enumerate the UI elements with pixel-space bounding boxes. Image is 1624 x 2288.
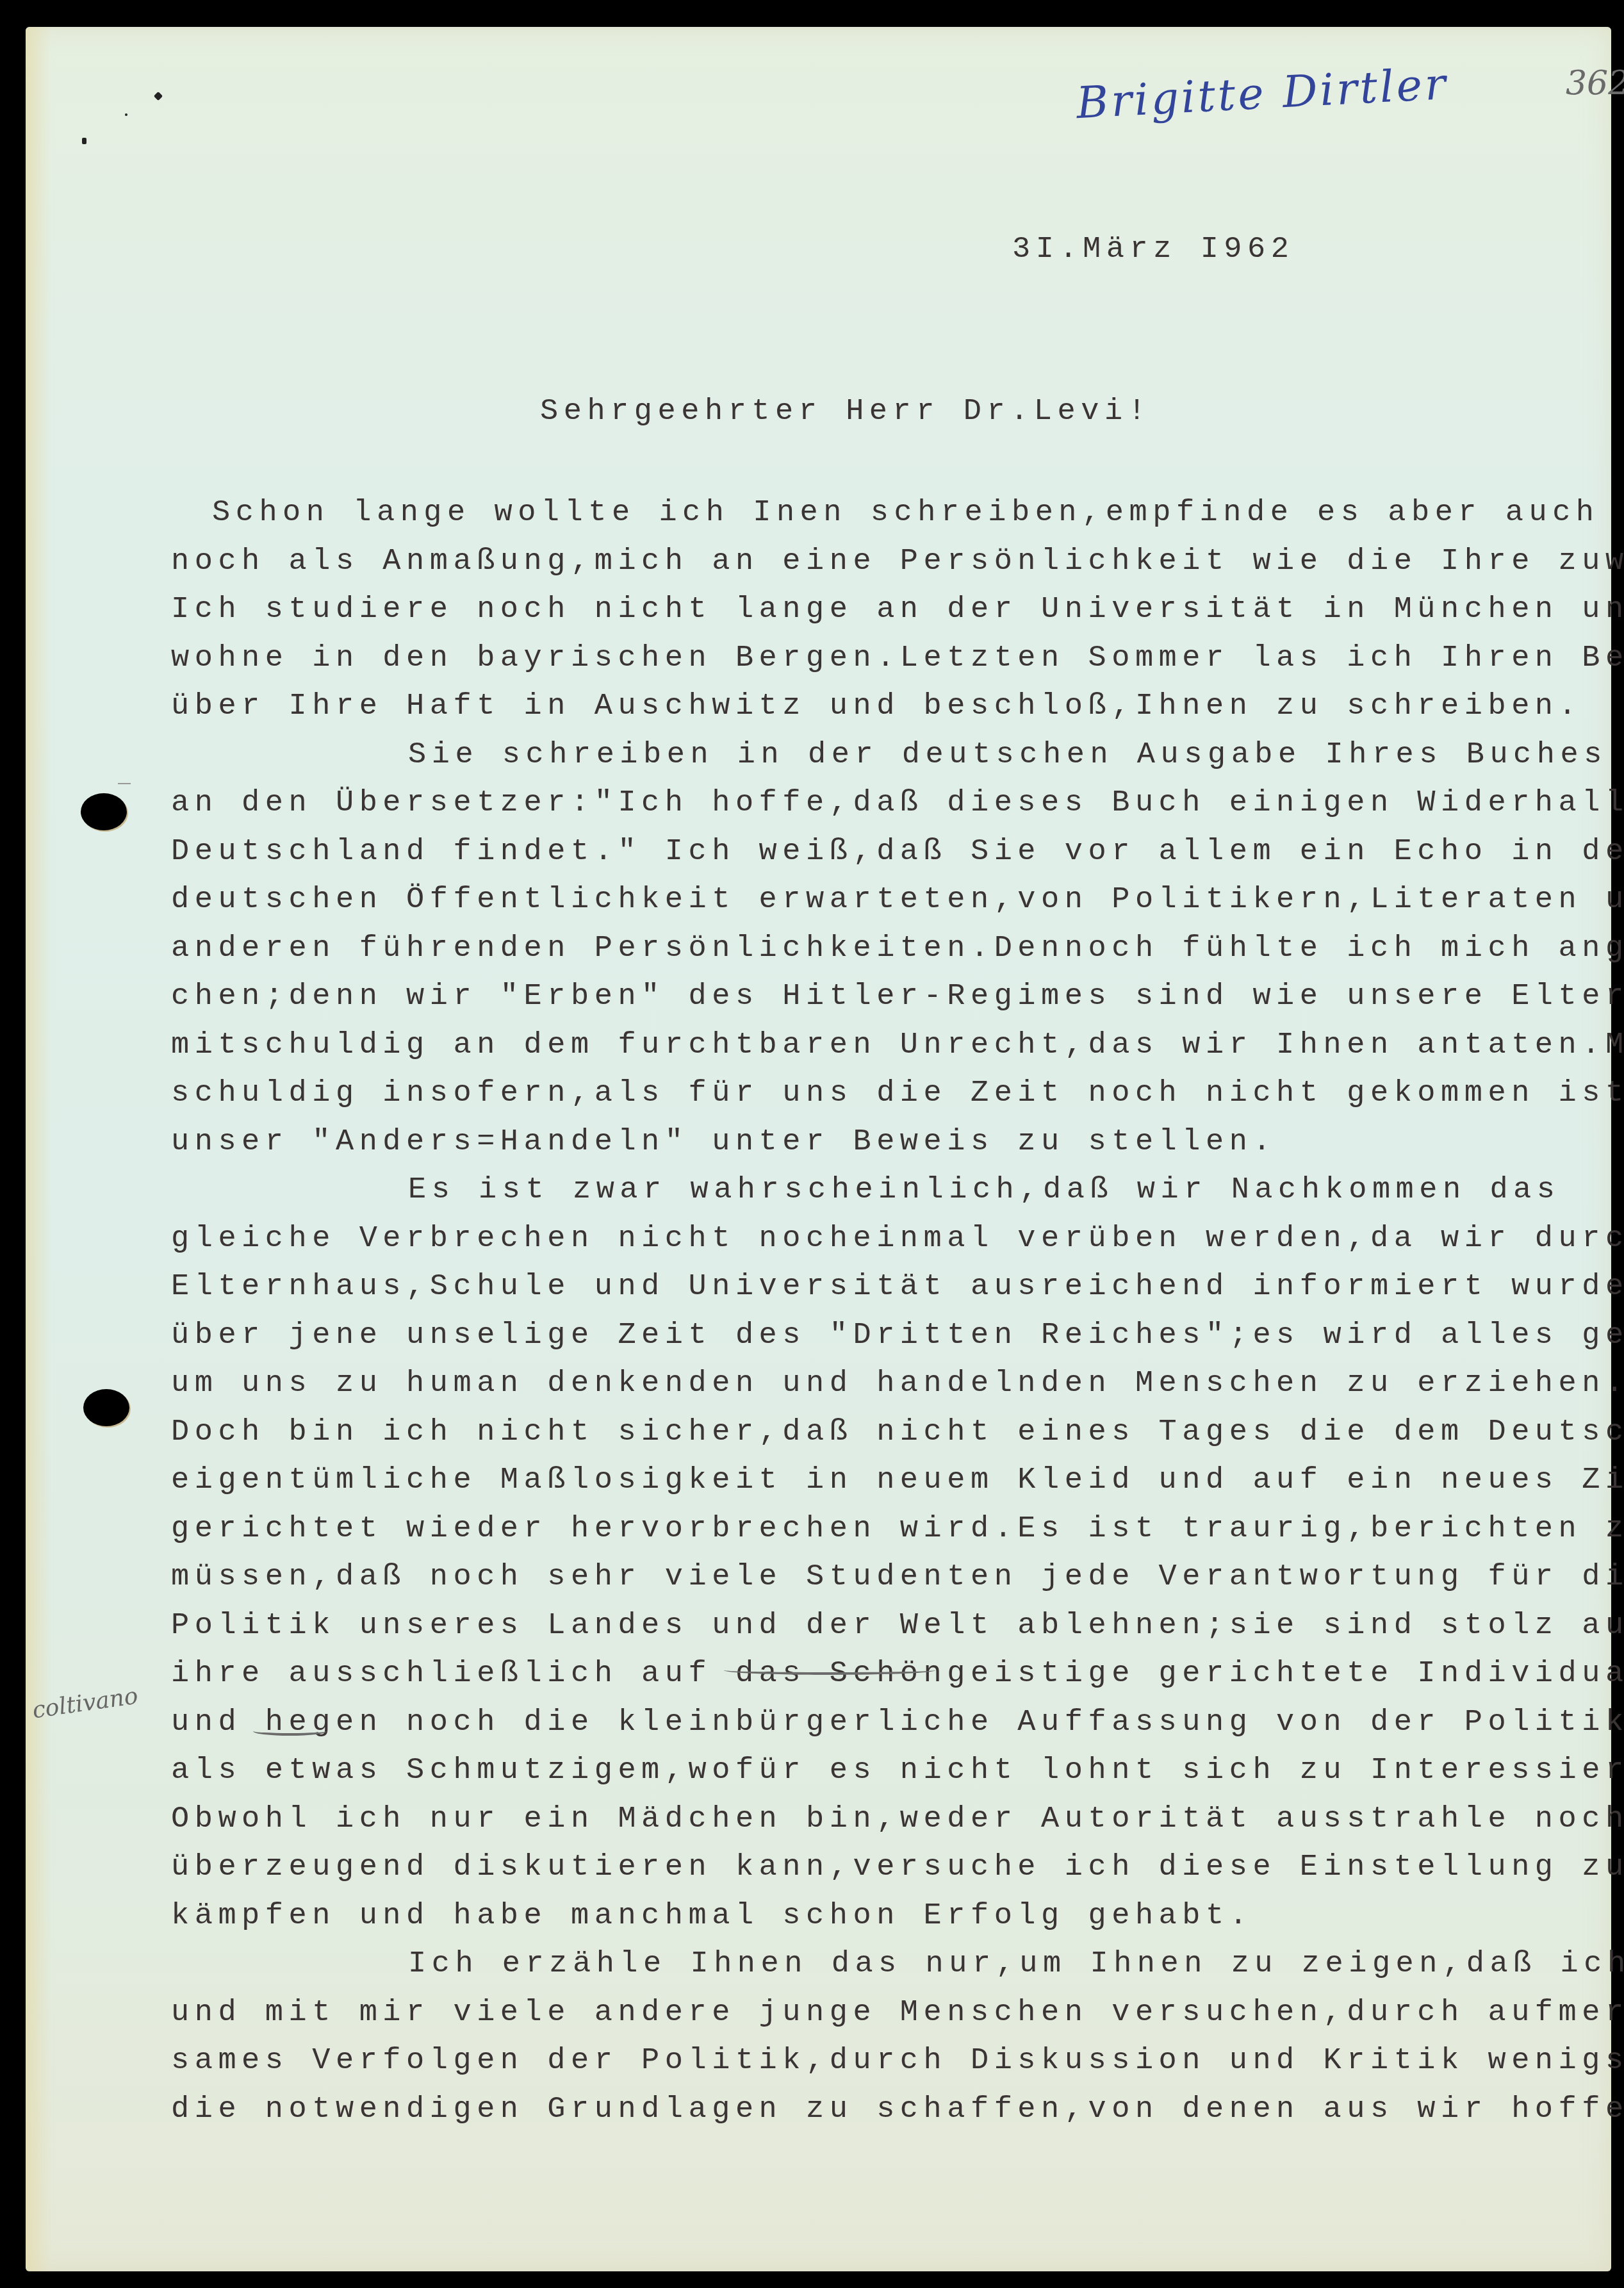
folio-number: 362: [1566, 64, 1624, 103]
letter-line: unser "Anders=Handeln" unter Beweis zu s…: [171, 1118, 1624, 1167]
letter-line: um uns zu human denkenden und handelnden…: [171, 1360, 1624, 1408]
letter-salutation: Sehrgeehrter Herr Dr.Levi!: [540, 388, 1151, 436]
letter-line: noch als Anmaßung,mich an eine Persönlic…: [171, 538, 1624, 586]
letter-line: als etwas Schmutzigem,wofür es nicht loh…: [171, 1747, 1624, 1795]
letter-line: mitschuldig an dem furchtbaren Unrecht,d…: [171, 1021, 1624, 1070]
letter-body: Schon lange wollte ich Inen schreiben,em…: [171, 489, 1624, 2134]
punch-hole: [83, 1389, 129, 1426]
letter-line: deutschen Öffentlichkeit erwarteten,von …: [171, 876, 1624, 925]
letter-line: Es ist zwar wahrscheinlich,daß wir Nachk…: [171, 1166, 1624, 1215]
letter-line: Elternhaus,Schule und Universität ausrei…: [171, 1263, 1624, 1312]
letter-line: Doch bin ich nicht sicher,daß nicht eine…: [171, 1408, 1624, 1457]
letter-line: Deutschland findet." Ich weiß,daß Sie vo…: [171, 828, 1624, 877]
handwritten-signature: Brigitte Dirtler: [1075, 59, 1449, 129]
pencil-underline-schoengeistige: [724, 1666, 935, 1675]
letter-line: eigentümliche Maßlosigkeit in neuem Klei…: [171, 1456, 1624, 1505]
letter-line: über jene unselige Zeit des "Dritten Rei…: [171, 1312, 1624, 1360]
letter-line: über Ihre Haft in Auschwitz und beschloß…: [171, 682, 1624, 731]
letter-date: 3I.März I962: [1012, 226, 1294, 274]
letter-line: und mit mir viele andere junge Menschen …: [171, 1989, 1624, 2037]
margin-tick-mark: [118, 783, 131, 784]
letter-line: und hegen noch die kleinbürgerliche Auff…: [171, 1699, 1624, 1747]
letter-line: kämpfen und habe manchmal schon Erfolg g…: [171, 1892, 1624, 1941]
letter-line: an den Übersetzer:"Ich hoffe,daß dieses …: [171, 779, 1624, 828]
letter-line: gerichtet wieder hervorbrechen wird.Es i…: [171, 1505, 1624, 1554]
letter-line: überzeugend diskutieren kann,versuche ic…: [171, 1843, 1624, 1892]
punch-hole: [81, 793, 127, 830]
letter-line: Obwohl ich nur ein Mädchen bin,weder Aut…: [171, 1795, 1624, 1844]
letter-line: wohne in den bayrischen Bergen.Letzten S…: [171, 634, 1624, 683]
letter-line: schuldig insofern,als für uns die Zeit n…: [171, 1069, 1624, 1118]
letter-line: Ich studiere noch nicht lange an der Uni…: [171, 586, 1624, 634]
paper-speck: [125, 113, 127, 116]
letter-line: chen;denn wir "Erben" des Hitler-Regimes…: [171, 973, 1624, 1021]
letter-line: ihre ausschließlich auf das Schöngeistig…: [171, 1650, 1624, 1699]
letter-line: müssen,daß noch sehr viele Studenten jed…: [171, 1553, 1624, 1602]
letter-line: Ich erzähle Ihnen das nur,um Ihnen zu ze…: [171, 1940, 1624, 1989]
staple-hole-mark: [82, 138, 86, 144]
letter-line: Schon lange wollte ich Inen schreiben,em…: [171, 489, 1624, 538]
pencil-underline-hegen: [253, 1727, 327, 1736]
letter-line: Politik unseres Landes und der Welt able…: [171, 1602, 1624, 1650]
letter-line: anderen führenden Persönlichkeiten.Denno…: [171, 925, 1624, 973]
letter-line: die notwendigen Grundlagen zu schaffen,v…: [171, 2086, 1624, 2134]
letter-line: Sie schreiben in der deutschen Ausgabe I…: [171, 731, 1624, 780]
letter-line: sames Verfolgen der Politik,durch Diskus…: [171, 2037, 1624, 2086]
letter-line: gleiche Verbrechen nicht nocheinmal verü…: [171, 1215, 1624, 1263]
